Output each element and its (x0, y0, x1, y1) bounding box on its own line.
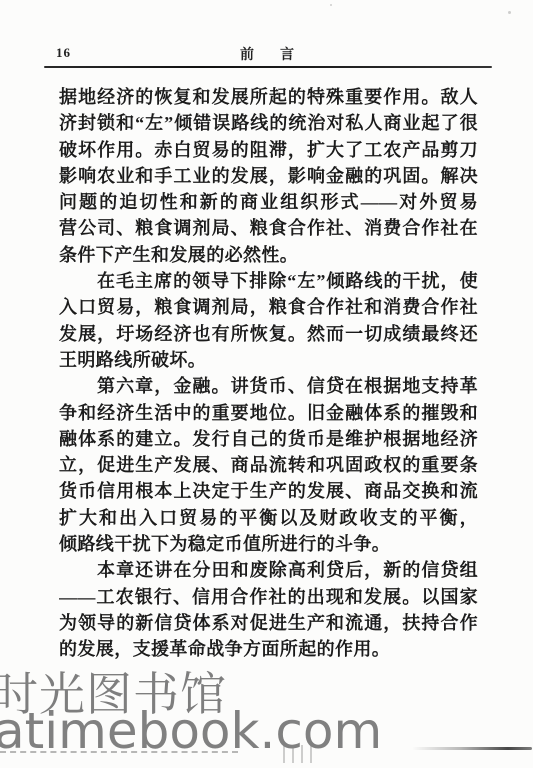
text-line: 第六章，金融。讲货币、信贷在根据地支持革命战 (59, 373, 478, 399)
page-number: 16 (56, 45, 71, 61)
text-line: 问题的迫切性和新的商业组织形式——对外贸易局、公 (59, 189, 478, 215)
text-line: 倾路线干扰下为稳定币值所进行的斗争。 (59, 531, 478, 557)
scan-artifact-speck (508, 11, 511, 14)
body-text: 据地经济的恢复和发展所起的特殊重要作用。敌人的经 济封锁和“左”倾错误路线的统治… (59, 84, 478, 663)
text-line: 条件下产生和发展的必然性。 (59, 242, 478, 268)
page-header-title: 前言 (240, 44, 320, 64)
text-line: ——工农银行、信用合作社的出现和发展。以国家银行 (59, 584, 478, 610)
text-line: 发展，圩场经济也有所恢复。然而一切成绩最终还是被 (59, 321, 478, 347)
text-line: 争和经济生活中的重要地位。旧金融体系的摧毁和新金 (59, 400, 478, 426)
text-line: 破坏作用。赤白贸易的阻滞，扩大了工农产品剪刀差， (59, 137, 478, 163)
text-line: 影响农业和手工业的发展，影响金融的巩固。解决这个 (59, 163, 478, 189)
text-line: 本章还讲在分田和废除高利贷后，新的信贷组织 (59, 557, 478, 583)
text-line: 为领导的新信贷体系对促进生产和流通，扶持合作经济 (59, 610, 478, 636)
book-page: 16 前言 据地经济的恢复和发展所起的特殊重要作用。敌人的经 济封锁和“左”倾错… (0, 0, 533, 768)
text-line: 融体系的建立。发行自己的货币是维护根据地经济独 (59, 426, 478, 452)
scan-artifact-dashed-line (0, 751, 238, 753)
text-line: 济封锁和“左”倾错误路线的统治对私人商业起了很大 (59, 110, 478, 136)
text-line: 货币信用根本上决定于生产的发展、商品交换和流通的 (59, 478, 478, 504)
text-line: 入口贸易，粮食调剂局，粮食合作社和消费合作社都有所 (59, 294, 478, 320)
scan-artifact-tick-marks (283, 745, 319, 763)
text-line: 立，促进生产发展、商品流转和巩固政权的重要条件。 (59, 452, 478, 478)
text-line: 扩大和出入口贸易的平衡以及财政收支的平衡，在“左” (59, 505, 478, 531)
text-line: 王明路线所破坏。 (59, 347, 478, 373)
text-line: 据地经济的恢复和发展所起的特殊重要作用。敌人的经 (59, 84, 478, 110)
text-line: 在毛主席的领导下排除“左”倾路线的干扰，使出 (59, 268, 478, 294)
scan-artifact-speck (330, 4, 332, 6)
scan-artifact-bottom-rule (412, 747, 532, 750)
header-rule (44, 66, 492, 68)
text-line: 营公司、粮食调剂局、粮食合作社、消费合作社在这种 (59, 215, 478, 241)
